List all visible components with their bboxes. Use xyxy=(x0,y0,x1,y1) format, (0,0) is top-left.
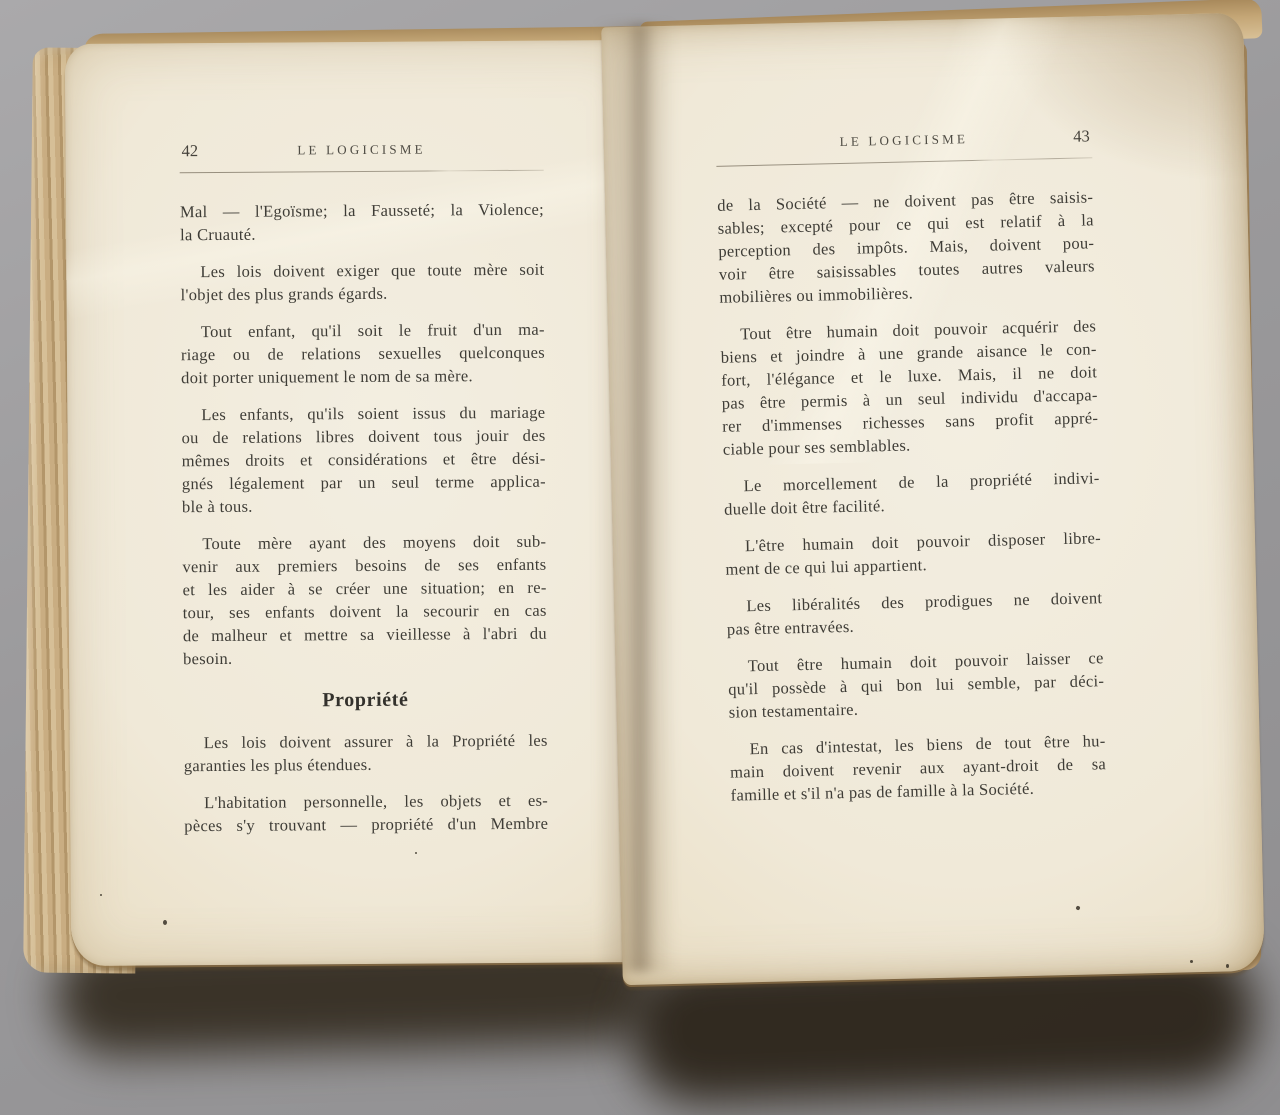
text-line: gnés légalement par un seul terme applic… xyxy=(182,470,546,496)
text-line: ou de relations libres doivent tous joui… xyxy=(181,424,545,450)
left-page-header: 42 LE LOGICISME xyxy=(179,141,543,166)
paragraph: Toute mère ayant des moyens doit sub-ven… xyxy=(182,530,547,671)
header-rule xyxy=(716,157,1092,167)
text-line: riage ou de relations sexuelles quelconq… xyxy=(181,341,545,367)
text-line: mêmes droits et considérations et être d… xyxy=(182,447,546,473)
text-line: besoin. xyxy=(183,645,547,671)
book-photo-scene: 42 LE LOGICISME Mal — l'Egoïsme; la Faus… xyxy=(0,0,1280,1115)
text-line: de malheur et mettre sa vieillesse à l'a… xyxy=(183,622,547,648)
paragraph: L'habitation personnelle, les objets et … xyxy=(184,789,548,838)
running-title: LE LOGICISME xyxy=(179,141,543,160)
text-line: et les aider à se créer une situation; e… xyxy=(183,576,547,602)
right-page-body: de la Société — ne doivent pas être sais… xyxy=(717,185,1107,806)
right-page-text-column: LE LOGICISME 43 de la Société — ne doive… xyxy=(716,128,1107,820)
paragraph: Tout être humain doit pouvoir acquérir d… xyxy=(720,314,1099,460)
text-line: tour, ses enfants doivent la secourir en… xyxy=(183,599,547,625)
paragraph: Les libéralités des prodigues ne doivent… xyxy=(726,586,1103,641)
right-page-header: LE LOGICISME 43 xyxy=(716,128,1092,159)
text-line: Les lois doivent exiger que toute mère s… xyxy=(180,258,544,284)
text-line: doit porter uniquement le nom de sa mère… xyxy=(181,364,545,390)
left-page: 42 LE LOGICISME Mal — l'Egoïsme; la Faus… xyxy=(65,40,649,966)
text-line: Les enfants, qu'ils soient issus du mari… xyxy=(181,401,545,427)
paper-speck xyxy=(1190,960,1193,963)
paper-speck xyxy=(163,920,167,925)
text-line: ble à tous. xyxy=(182,493,546,519)
paragraph: Les lois doivent exiger que toute mère s… xyxy=(180,258,544,307)
paragraph: En cas d'intestat, les biens de tout êtr… xyxy=(729,729,1106,807)
header-rule xyxy=(180,170,544,174)
paper-speck xyxy=(415,852,417,854)
section-heading: Propriété xyxy=(183,688,547,714)
paragraph: Les enfants, qu'ils soient issus du mari… xyxy=(181,401,546,519)
running-title: LE LOGICISME xyxy=(716,128,1092,153)
left-page-body: Mal — l'Egoïsme; la Fausseté; la Violenc… xyxy=(180,198,548,838)
text-line: Les lois doivent assurer à la Propriété … xyxy=(184,729,548,755)
paragraph: Le morcellement de la propriété indivi-d… xyxy=(723,466,1100,521)
paragraph: L'être humain doit pouvoir disposer libr… xyxy=(725,526,1102,581)
paper-speck xyxy=(100,894,102,896)
paragraph: Mal — l'Egoïsme; la Fausseté; la Violenc… xyxy=(180,198,544,247)
text-line: l'objet des plus grands égards. xyxy=(180,281,544,307)
text-line: Toute mère ayant des moyens doit sub- xyxy=(182,530,546,556)
right-page: LE LOGICISME 43 de la Société — ne doive… xyxy=(601,13,1265,985)
text-line: L'habitation personnelle, les objets et … xyxy=(184,789,548,815)
left-page-text-column: 42 LE LOGICISME Mal — l'Egoïsme; la Faus… xyxy=(179,141,548,852)
page-number: 42 xyxy=(181,141,198,161)
text-line: Tout enfant, qu'il soit le fruit d'un ma… xyxy=(181,318,545,344)
text-line: venir aux premiers besoins de ses enfant… xyxy=(182,553,546,579)
text-line: Mal — l'Egoïsme; la Fausseté; la Violenc… xyxy=(180,198,544,224)
paragraph: Les lois doivent assurer à la Propriété … xyxy=(184,729,548,778)
paragraph: Tout enfant, qu'il soit le fruit d'un ma… xyxy=(181,318,545,390)
paragraph: de la Société — ne doivent pas être sais… xyxy=(717,185,1096,309)
text-line: pèces s'y trouvant — propriété d'un Memb… xyxy=(184,812,548,838)
text-line: garanties les plus étendues. xyxy=(184,752,548,778)
paragraph: Tout être humain doit pouvoir laisser ce… xyxy=(727,646,1104,724)
text-line: la Cruauté. xyxy=(180,221,544,247)
paper-speck xyxy=(1226,964,1229,968)
page-number: 43 xyxy=(1073,126,1090,146)
